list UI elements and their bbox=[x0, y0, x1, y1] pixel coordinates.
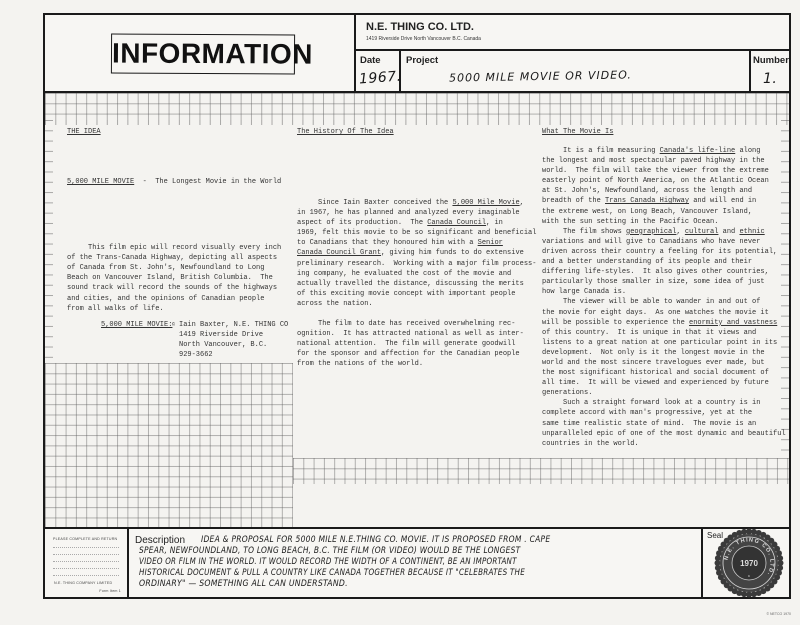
seal-field: Seal N.E. THING CO. LTD. 1970 ★ bbox=[703, 529, 789, 597]
copyright-mark: © bbox=[172, 320, 175, 330]
description-field: Description IDEA & PROPOSAL FOR 5000 MIL… bbox=[129, 529, 703, 597]
form-footer: PLEASE COMPLETE AND RETURN N.E. THING CO… bbox=[43, 527, 791, 599]
text-line: the longest and most spectacular paved h… bbox=[542, 156, 782, 166]
text-line: the movie for eight days. As one watches… bbox=[542, 308, 782, 318]
description-line: VIDEO OR FILM IN THE WORLD. IT WOULD REC… bbox=[139, 557, 517, 567]
text-line: of the Trans-Canada Highway, depicting a… bbox=[67, 253, 287, 263]
text-line: easterly point of North America, on the … bbox=[542, 176, 782, 186]
idea-title-rest: - The Longest Movie in the World bbox=[134, 178, 281, 186]
return-company: N.E. THING COMPANY LIMITED bbox=[54, 581, 112, 585]
text-line: national attention. The film will genera… bbox=[297, 339, 537, 349]
text-line: 929-3662 bbox=[179, 350, 288, 360]
grid-bottom-band bbox=[293, 458, 789, 484]
text-line: Canada Council Grant, giving him funds t… bbox=[297, 248, 537, 258]
text-line: North Vancouver, B.C. bbox=[179, 340, 288, 350]
grid-left-block bbox=[45, 363, 293, 528]
number-field: Number 1. bbox=[751, 51, 791, 91]
description-line: ORDINARY" — SOMETHING ALL CAN UNDERSTAND… bbox=[139, 579, 348, 589]
text-line: differing life-styles. It also gives oth… bbox=[542, 267, 782, 277]
return-lines bbox=[53, 547, 119, 576]
number-value: 1. bbox=[763, 71, 777, 87]
text-line: particularly those smaller in size, some… bbox=[542, 277, 782, 287]
movie-heading: What The Movie Is bbox=[542, 128, 782, 136]
text-line: across the nation. bbox=[297, 299, 537, 309]
text-line: and cities, and the opinions of Canadian… bbox=[67, 294, 287, 304]
text-line: The film to date has received overwhelmi… bbox=[297, 319, 537, 329]
text-line: 1969, felt this movie to be so significa… bbox=[297, 228, 537, 238]
company-cell: N.E. THING CO. LTD. 1419 Riverside Drive… bbox=[356, 15, 789, 51]
text-line: with the sun setting in the Pacific Ocea… bbox=[542, 217, 782, 227]
description-line: HISTORICAL DOCUMENT & PULL A COUNTRY LIK… bbox=[139, 568, 525, 578]
text-line: how large Canada is. bbox=[542, 287, 782, 297]
description-line: SPEAR, NEWFOUNDLAND, TO LONG BEACH, B.C.… bbox=[139, 546, 520, 556]
idea-heading: THE IDEA bbox=[67, 128, 287, 136]
return-cell: PLEASE COMPLETE AND RETURN N.E. THING CO… bbox=[45, 529, 129, 597]
text-line: development. Not only is it the longest … bbox=[542, 348, 782, 358]
project-value: 5000 MILE MOVIE OR VIDEO. bbox=[449, 68, 632, 84]
column-history: The History Of The Idea Since Iain Baxte… bbox=[297, 128, 537, 370]
top-ruler-ticks bbox=[45, 120, 789, 125]
form-header: INFORMATION N.E. THING CO. LTD. 1419 Riv… bbox=[43, 13, 791, 93]
movie-body: It is a film measuring Canada's life-lin… bbox=[542, 146, 782, 449]
text-line: the most significant historical and soci… bbox=[542, 368, 782, 378]
text-line: listens to a great nation at one particu… bbox=[542, 338, 782, 348]
description-line: IDEA & PROPOSAL FOR 5000 MILE N.E.THING … bbox=[201, 535, 550, 545]
company-name: N.E. THING CO. LTD. bbox=[366, 21, 474, 33]
text-line: This film epic will record visually ever… bbox=[67, 243, 287, 253]
text-line: The viewer will be able to wander in and… bbox=[542, 297, 782, 307]
project-field: Project 5000 MILE MOVIE OR VIDEO. bbox=[401, 51, 751, 91]
form-title: INFORMATION bbox=[111, 34, 295, 75]
text-line: at St. John's, Newfoundland, across the … bbox=[542, 186, 782, 196]
form-title-cell: INFORMATION bbox=[45, 15, 356, 91]
return-label: PLEASE COMPLETE AND RETURN bbox=[53, 537, 117, 541]
credit-label: 5,000 MILE MOVIE: bbox=[101, 320, 172, 330]
text-line: of Canada from St. John's, Newfoundland … bbox=[67, 263, 287, 273]
idea-title: 5,000 MILE MOVIE - The Longest Movie in … bbox=[67, 177, 287, 187]
text-line: ognition. It has attracted national as w… bbox=[297, 329, 537, 339]
text-line: to Canadians that they honoured him with… bbox=[297, 238, 537, 248]
text-line: countries in the world. bbox=[542, 439, 782, 449]
right-margin-ticks bbox=[781, 120, 789, 458]
text-line: in 1967, he has planned and analyzed eve… bbox=[297, 208, 537, 218]
text-line: complete accord with man's progressive, … bbox=[542, 408, 782, 418]
text-line: of this exciting movie concept with impo… bbox=[297, 289, 537, 299]
text-line: for the sponsor and affection for the Ca… bbox=[297, 349, 537, 359]
text-line: 1419 Riverside Drive bbox=[179, 330, 288, 340]
text-line: same time realistic state of mind. The m… bbox=[542, 419, 782, 429]
date-field: Date 1967. bbox=[356, 51, 401, 91]
text-line: sound track will record the sounds of th… bbox=[67, 283, 287, 293]
idea-body: This film epic will record visually ever… bbox=[67, 243, 287, 314]
text-line: and a better understanding of its people… bbox=[542, 257, 782, 267]
text-line: from all walks of life. bbox=[67, 304, 287, 314]
text-line: breadth of the Trans Canada Highway and … bbox=[542, 196, 782, 206]
grid-top-band bbox=[45, 93, 789, 120]
text-line: variations and will give to Canadians wh… bbox=[542, 237, 782, 247]
left-margin-ticks bbox=[45, 120, 53, 363]
text-line: Since Iain Baxter conceived the 5,000 Mi… bbox=[297, 198, 537, 208]
text-line: Iain Baxter, N.E. THING CO bbox=[179, 320, 288, 330]
idea-credit: 5,000 MILE MOVIE: © Iain Baxter, N.E. TH… bbox=[67, 320, 287, 364]
text-line: driven across their country a feeling fo… bbox=[542, 247, 782, 257]
grid-sheet: THE IDEA 5,000 MILE MOVIE - The Longest … bbox=[43, 93, 791, 528]
text-line: unparalleled epic of one of the most dyn… bbox=[542, 429, 782, 439]
text-line: aspect of its production. The Canada Cou… bbox=[297, 218, 537, 228]
project-label: Project bbox=[406, 55, 438, 66]
text-line: world and the most sincere travelogues e… bbox=[542, 358, 782, 368]
date-value: 1967. bbox=[358, 69, 402, 88]
copyright-notice: © NETCO 1970 bbox=[766, 612, 791, 616]
text-line: preliminary research. Working with a maj… bbox=[297, 259, 537, 269]
idea-title-link: 5,000 MILE MOVIE bbox=[67, 178, 134, 186]
text-line: of this country. It is unique in that it… bbox=[542, 328, 782, 338]
company-address: 1419 Riverside Drive North Vancouver B.C… bbox=[366, 36, 481, 42]
text-line: will be possible to experience the enorm… bbox=[542, 318, 782, 328]
history-paragraph-2: The film to date has received overwhelmi… bbox=[297, 319, 537, 369]
text-line: It is a film measuring Canada's life-lin… bbox=[542, 146, 782, 156]
column-idea: THE IDEA 5,000 MILE MOVIE - The Longest … bbox=[67, 128, 287, 364]
history-heading: The History Of The Idea bbox=[297, 128, 537, 136]
svg-text:1970: 1970 bbox=[740, 559, 758, 568]
date-label: Date bbox=[360, 55, 381, 66]
column-movie: What The Movie Is It is a film measuring… bbox=[542, 128, 782, 449]
text-line: Such a straight forward look at a countr… bbox=[542, 398, 782, 408]
text-line: all time. It will be viewed and experien… bbox=[542, 378, 782, 388]
text-line: actually travelled the distance, discuss… bbox=[297, 279, 537, 289]
text-line: ing company, he evaluated the cost of th… bbox=[297, 269, 537, 279]
text-line: The film shows geographical, cultural an… bbox=[542, 227, 782, 237]
text-line: Beach on Vancouver Island, British Colum… bbox=[67, 273, 287, 283]
text-line: world. The film will take the viewer fro… bbox=[542, 166, 782, 176]
text-line: from the nations of the world. bbox=[297, 359, 537, 369]
description-label: Description bbox=[135, 535, 185, 546]
history-paragraph-1: Since Iain Baxter conceived the 5,000 Mi… bbox=[297, 198, 537, 309]
return-form-id: Form Item 1 bbox=[99, 589, 121, 593]
text-line: generations. bbox=[542, 388, 782, 398]
embossed-seal-icon: N.E. THING CO. LTD. 1970 ★ bbox=[713, 527, 785, 599]
credit-address: Iain Baxter, N.E. THING CO1419 Riverside… bbox=[179, 320, 288, 360]
number-label: Number bbox=[753, 55, 789, 66]
text-line: the extreme west, on Long Beach, Vancouv… bbox=[542, 207, 782, 217]
